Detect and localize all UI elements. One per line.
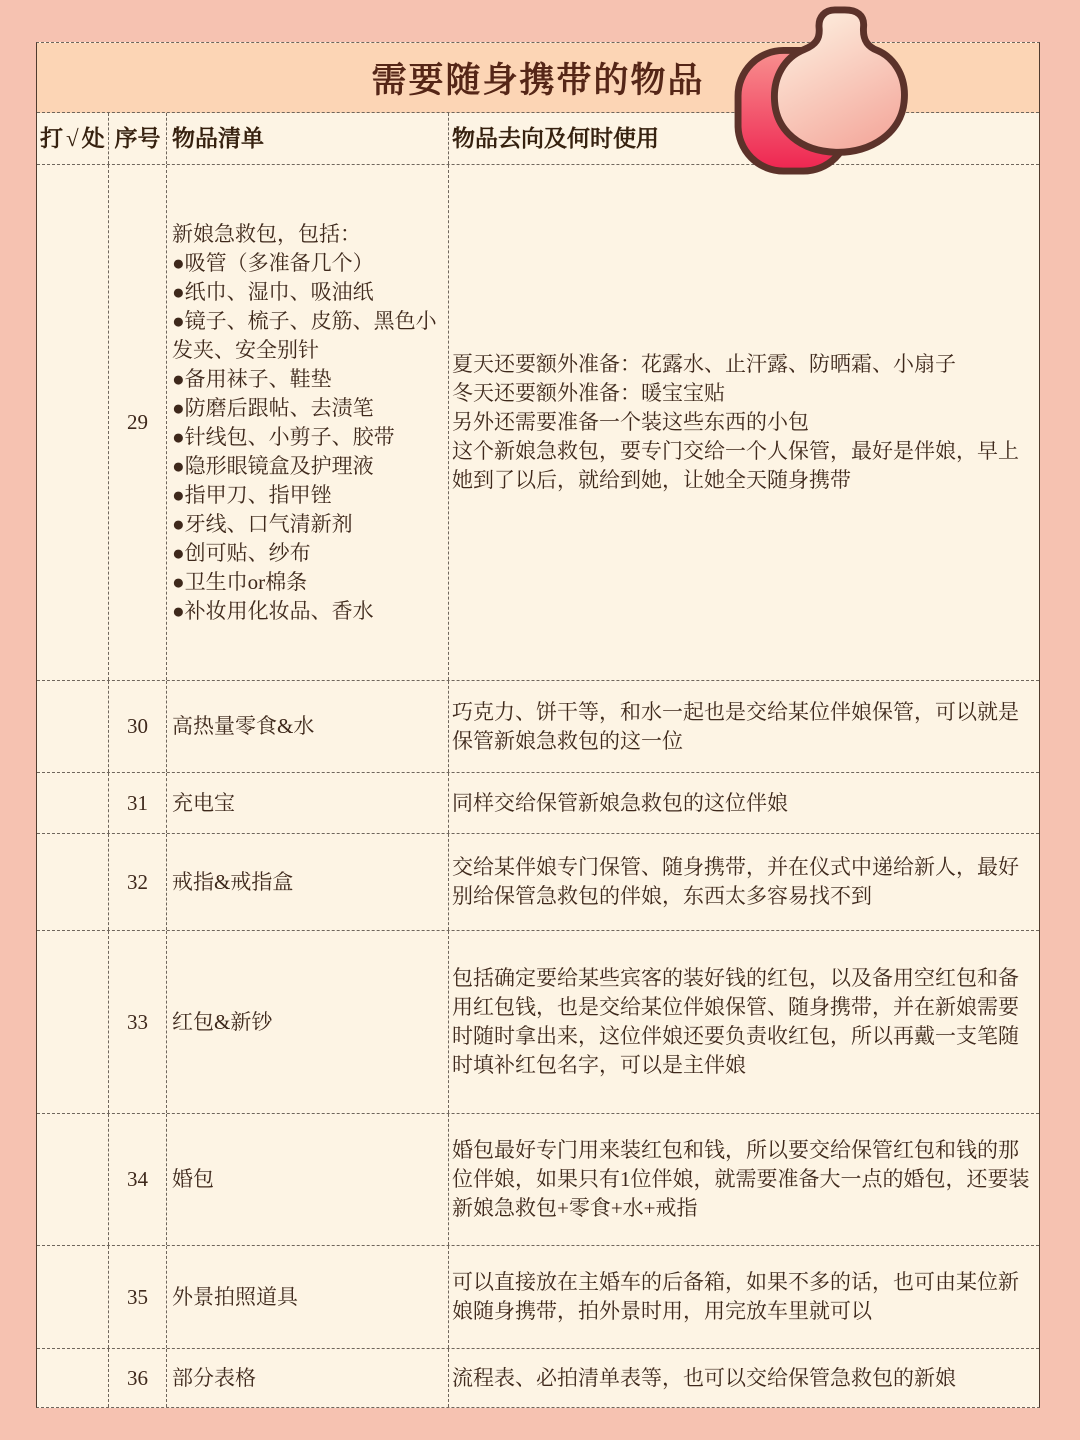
item-name: 红包&新钞: [172, 1008, 446, 1037]
item-cell: 戒指&戒指盒: [167, 834, 449, 930]
table-row: 29新娘急救包，包括：●吸管（多准备几个）●纸巾、湿巾、吸油纸●镜子、梳子、皮筋…: [37, 165, 1039, 681]
item-cell: 充电宝: [167, 773, 449, 833]
usage-cell: 交给某伴娘专门保管、随身携带，并在仪式中递给新人，最好别给保管急救包的伴娘，东西…: [449, 834, 1039, 930]
check-cell: [37, 165, 109, 680]
item-cell: 部分表格: [167, 1349, 449, 1407]
item-bullet: ●备用袜子、鞋垫: [172, 365, 446, 394]
table-row: 31充电宝同样交给保管新娘急救包的这位伴娘: [37, 773, 1039, 834]
usage-cell: 巧克力、饼干等，和水一起也是交给某位伴娘保管，可以就是保管新娘急救包的这一位: [449, 681, 1039, 772]
item-name: 婚包: [172, 1165, 446, 1194]
row-number: 35: [109, 1246, 167, 1348]
item-cell: 红包&新钞: [167, 931, 449, 1113]
check-cell: [37, 834, 109, 930]
item-bullet: ●创可贴、纱布: [172, 539, 446, 568]
thumbs-up-icon: [733, 6, 921, 176]
item-cell: 婚包: [167, 1114, 449, 1245]
table-row: 36部分表格流程表、必拍清单表等，也可以交给保管急救包的新娘: [37, 1349, 1039, 1407]
item-bullet: ●纸巾、湿巾、吸油纸: [172, 278, 446, 307]
checklist-table: 需要随身携带的物品 打√处 序号 物品清单 物品去向及何时使用 29新娘急救包，…: [36, 42, 1040, 1408]
page-title: 需要随身携带的物品: [371, 53, 704, 103]
check-cell: [37, 931, 109, 1113]
row-number: 33: [109, 931, 167, 1113]
check-cell: [37, 1114, 109, 1245]
item-bullet: ●指甲刀、指甲锉: [172, 481, 446, 510]
row-number: 36: [109, 1349, 167, 1407]
usage-line: 冬天还要额外准备：暖宝宝贴: [452, 379, 1033, 408]
usage-cell: 夏天还要额外准备：花露水、止汗露、防晒霜、小扇子冬天还要额外准备：暖宝宝贴另外还…: [449, 165, 1039, 680]
check-cell: [37, 1246, 109, 1348]
row-number: 29: [109, 165, 167, 680]
item-bullet: ●镜子、梳子、皮筋、黑色小发夹、安全别针: [172, 307, 446, 365]
row-number: 31: [109, 773, 167, 833]
item-cell: 高热量零食&水: [167, 681, 449, 772]
item-bullet: ●针线包、小剪子、胶带: [172, 423, 446, 452]
item-name: 戒指&戒指盒: [172, 868, 446, 897]
column-header-item: 物品清单: [167, 113, 449, 164]
usage-line: 可以直接放在主婚车的后备箱，如果不多的话，也可由某位新娘随身携带，拍外景时用，用…: [452, 1268, 1033, 1326]
item-name: 部分表格: [172, 1364, 446, 1393]
item-cell: 外景拍照道具: [167, 1246, 449, 1348]
table-row: 32戒指&戒指盒交给某伴娘专门保管、随身携带，并在仪式中递给新人，最好别给保管急…: [37, 834, 1039, 931]
usage-line: 夏天还要额外准备：花露水、止汗露、防晒霜、小扇子: [452, 350, 1033, 379]
table-row: 35外景拍照道具可以直接放在主婚车的后备箱，如果不多的话，也可由某位新娘随身携带…: [37, 1246, 1039, 1349]
usage-line: 另外还需要准备一个装这些东西的小包: [452, 408, 1033, 437]
item-bullet: ●牙线、口气清新剂: [172, 510, 446, 539]
row-number: 32: [109, 834, 167, 930]
usage-line: 包括确定要给某些宾客的装好钱的红包，以及备用空红包和备用红包钱，也是交给某位伴娘…: [452, 964, 1033, 1080]
item-name: 外景拍照道具: [172, 1283, 446, 1312]
table-rows: 29新娘急救包，包括：●吸管（多准备几个）●纸巾、湿巾、吸油纸●镜子、梳子、皮筋…: [37, 165, 1039, 1407]
row-number: 30: [109, 681, 167, 772]
item-bullet: ●补妆用化妆品、香水: [172, 597, 446, 626]
usage-cell: 婚包最好专门用来装红包和钱，所以要交给保管红包和钱的那位伴娘，如果只有1位伴娘，…: [449, 1114, 1039, 1245]
usage-line: 婚包最好专门用来装红包和钱，所以要交给保管红包和钱的那位伴娘，如果只有1位伴娘，…: [452, 1136, 1033, 1223]
item-bullet: ●卫生巾or棉条: [172, 568, 446, 597]
column-header-number: 序号: [109, 113, 167, 164]
item-name: 充电宝: [172, 789, 446, 818]
usage-cell: 同样交给保管新娘急救包的这位伴娘: [449, 773, 1039, 833]
table-row: 33红包&新钞包括确定要给某些宾客的装好钱的红包，以及备用空红包和备用红包钱，也…: [37, 931, 1039, 1114]
row-number: 34: [109, 1114, 167, 1245]
usage-cell: 流程表、必拍清单表等，也可以交给保管急救包的新娘: [449, 1349, 1039, 1407]
check-cell: [37, 773, 109, 833]
item-bullet: ●防磨后跟帖、去渍笔: [172, 394, 446, 423]
item-intro: 新娘急救包，包括：: [172, 220, 446, 249]
item-cell: 新娘急救包，包括：●吸管（多准备几个）●纸巾、湿巾、吸油纸●镜子、梳子、皮筋、黑…: [167, 165, 449, 680]
usage-line: 交给某伴娘专门保管、随身携带，并在仪式中递给新人，最好别给保管急救包的伴娘，东西…: [452, 853, 1033, 911]
check-cell: [37, 681, 109, 772]
item-bullet: ●吸管（多准备几个）: [172, 249, 446, 278]
usage-cell: 包括确定要给某些宾客的装好钱的红包，以及备用空红包和备用红包钱，也是交给某位伴娘…: [449, 931, 1039, 1113]
usage-line: 流程表、必拍清单表等，也可以交给保管急救包的新娘: [452, 1364, 1033, 1393]
thumb-shape: [774, 10, 904, 152]
usage-line: 这个新娘急救包，要专门交给一个人保管，最好是伴娘，早上她到了以后，就给到她，让她…: [452, 437, 1033, 495]
usage-line: 巧克力、饼干等，和水一起也是交给某位伴娘保管，可以就是保管新娘急救包的这一位: [452, 698, 1033, 756]
column-header-check: 打√处: [37, 113, 109, 164]
table-row: 34婚包婚包最好专门用来装红包和钱，所以要交给保管红包和钱的那位伴娘，如果只有1…: [37, 1114, 1039, 1246]
usage-line: 同样交给保管新娘急救包的这位伴娘: [452, 789, 1033, 818]
item-bullet: ●隐形眼镜盒及护理液: [172, 452, 446, 481]
table-row: 30高热量零食&水巧克力、饼干等，和水一起也是交给某位伴娘保管，可以就是保管新娘…: [37, 681, 1039, 773]
usage-cell: 可以直接放在主婚车的后备箱，如果不多的话，也可由某位新娘随身携带，拍外景时用，用…: [449, 1246, 1039, 1348]
item-name: 高热量零食&水: [172, 712, 446, 741]
check-cell: [37, 1349, 109, 1407]
